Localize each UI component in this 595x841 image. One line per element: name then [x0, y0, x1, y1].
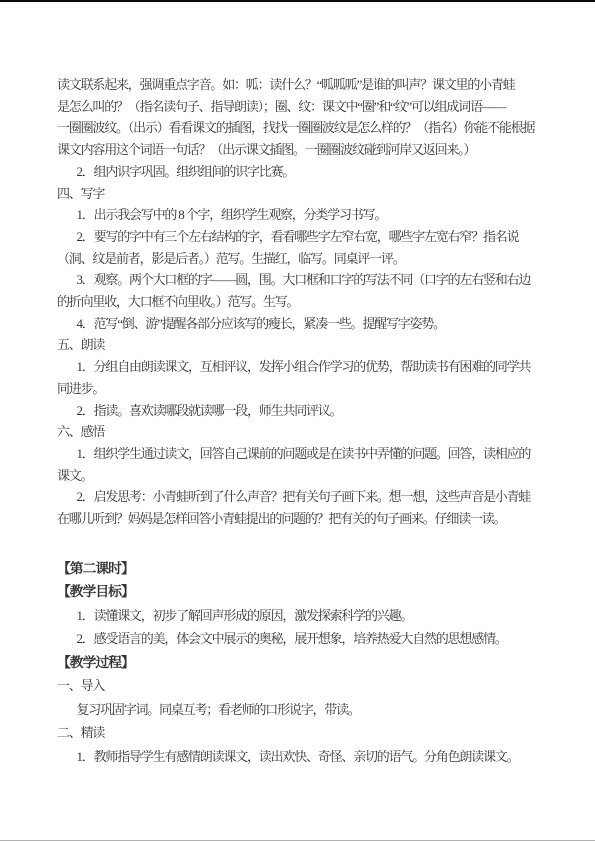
doc-paragraph: 2．感受语言的美，体会文中展示的奥秘，展开想象，培养热爱大自然的思想感情。: [57, 627, 547, 651]
doc-paragraph: 1．出示我会写中的 8 个字，组织学生观察，分类学习书写。: [57, 204, 547, 226]
doc-paragraph: 1．组织学生通过读文，回答自己课前的问题或是在读书中弄懂的问题。回答，读相应的 …: [57, 443, 547, 486]
doc-paragraph: 2．组内识字巩固。组织组间的识字比赛。: [57, 161, 547, 183]
doc-section-heading: 四、写字: [57, 183, 547, 205]
doc-paragraph: 2．要写的字中有三个左右结构的字，看看哪些字左窄右宽，哪些字左宽右窄？指名说 （…: [57, 226, 547, 269]
doc-section-heading: 二、精读: [57, 721, 547, 745]
doc-paragraph: 读文联系起来，强调重点字音。如：呱：读什么？“呱呱呱”是谁的叫声？课文里的小青蛙…: [57, 74, 547, 161]
doc-paragraph: 4．范写“倒、游”提醒各部分应该写的瘦长，紧凑一些。提醒写字姿势。: [57, 313, 547, 335]
doc-paragraph: 1．读懂课文，初步了解回声形成的原因，激发探索科学的兴趣。: [57, 604, 547, 628]
doc-bold-heading: 【教学过程】: [57, 651, 547, 675]
doc-paragraph: 3．观察。两个大口框的字——圆，围。大口框和口字的写法不同（口字的左右竖和右边 …: [57, 269, 547, 312]
doc-paragraph: 2．启发思考：小青蛙听到了什么声音？把有关句子画下来。想一想，这些声音是小青蛙 …: [57, 486, 547, 529]
doc-bold-heading: 【第二课时】: [57, 557, 547, 581]
doc-section-heading: 一、导入: [57, 674, 547, 698]
second-lesson-section: 【第二课时】 【教学目标】 1．读懂课文，初步了解回声形成的原因，激发探索科学的…: [57, 557, 547, 769]
doc-section-heading: 六、感悟: [57, 421, 547, 443]
doc-section-heading: 五、朗读: [57, 334, 547, 356]
doc-paragraph: 2．指读。喜欢读哪段就读哪一段，师生共同评议。: [57, 400, 547, 422]
doc-paragraph: 1．教师指导学生有感情朗读课文，读出欢快、奇怪、亲切的语气。分角色朗读课文。: [57, 745, 547, 769]
doc-paragraph: 1．分组自由朗读课文，互相评议，发挥小组合作学习的优势，帮助读书有困难的同学共 …: [57, 356, 547, 399]
doc-bold-heading: 【教学目标】: [57, 580, 547, 604]
document-page: 读文联系起来，强调重点字音。如：呱：读什么？“呱呱呱”是谁的叫声？课文里的小青蛙…: [0, 0, 595, 841]
doc-paragraph: 复习巩固字词。同桌互考；看老师的口形说字，带读。: [57, 698, 547, 722]
